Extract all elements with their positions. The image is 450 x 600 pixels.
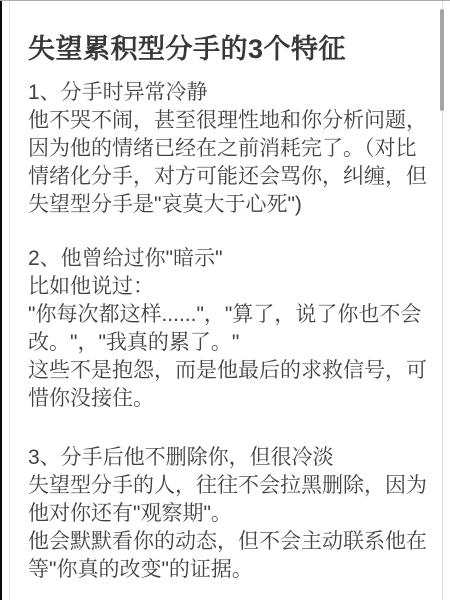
- section-2-heading: 2、他曾给过你"暗示": [28, 245, 432, 273]
- text-line: 比如他说过：: [28, 273, 432, 301]
- text-line: "你每次都这样......"，"算了，说了你也不会: [28, 301, 432, 329]
- scrollbar-thumb[interactable]: [440, 9, 444, 111]
- section-3: 3、分手后他不删除你，但很冷淡 失望型分手的人，往往不会拉黑删除，因为 他对你还…: [28, 444, 432, 584]
- text-line: 他不哭不闹，甚至很理性地和你分析问题，: [28, 107, 432, 135]
- text-line: 等"你真的改变"的证据。: [28, 556, 432, 584]
- page-title: 失望累积型分手的3个特征: [28, 31, 432, 67]
- text-line: 改。"，"我真的累了。": [28, 329, 432, 357]
- section-1: 1、分手时异常冷静 他不哭不闹，甚至很理性地和你分析问题， 因为他的情绪已经在之…: [28, 79, 432, 219]
- section-3-heading: 3、分手后他不删除你，但很冷淡: [28, 444, 432, 472]
- article-content: 失望累积型分手的3个特征 1、分手时异常冷静 他不哭不闹，甚至很理性地和你分析问…: [28, 31, 432, 584]
- section-2: 2、他曾给过你"暗示" 比如他说过： "你每次都这样......"，"算了，说了…: [28, 245, 432, 413]
- article-page: 失望累积型分手的3个特征 1、分手时异常冷静 他不哭不闹，甚至很理性地和你分析问…: [0, 0, 450, 600]
- text-line: 失望型分手是"哀莫大于心死"): [28, 191, 432, 219]
- left-margin-line: [9, 1, 10, 600]
- text-line: 这些不是抱怨，而是他最后的求救信号，可: [28, 357, 432, 385]
- text-line: 他会默默看你的动态，但不会主动联系他在: [28, 528, 432, 556]
- text-line: 他对你还有"观察期"。: [28, 500, 432, 528]
- text-line: 惜你没接住。: [28, 385, 432, 413]
- text-line: 因为他的情绪已经在之前消耗完了。（对比: [28, 135, 432, 163]
- text-line: 情绪化分手，对方可能还会骂你，纠缠，但: [28, 163, 432, 191]
- left-edge-line: [0, 1, 2, 600]
- section-1-heading: 1、分手时异常冷静: [28, 79, 432, 107]
- text-line: 失望型分手的人，往往不会拉黑删除，因为: [28, 472, 432, 500]
